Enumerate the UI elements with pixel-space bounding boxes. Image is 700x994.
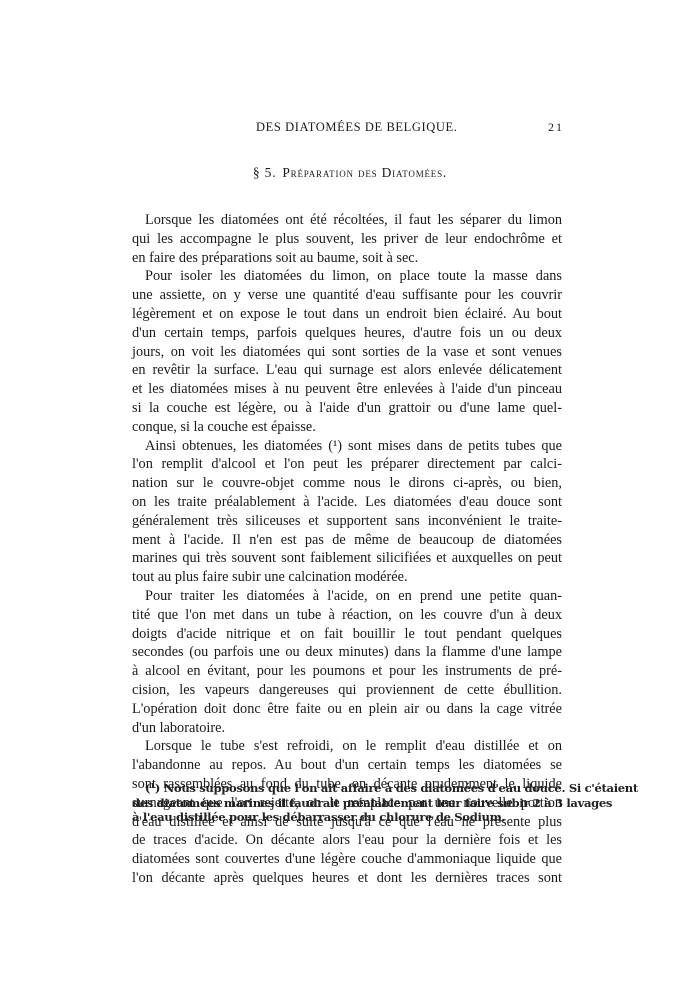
text-line: diatomées sont couvertes d'une légère co… [132,850,562,869]
section-title: Préparation des Diatomées. [282,165,447,180]
text-line: conque, si la couche est épaisse. [132,418,562,437]
text-line: secondes (ou parfois une ou deux minutes… [132,643,562,662]
footnote-line: des diatomées marines il faudrait préala… [132,796,562,811]
text-line: Ainsi obtenues, les diatomées (¹) sont m… [132,437,562,456]
text-line: Lorsque le tube s'est refroidi, on le re… [132,737,562,756]
text-line: qui les accompagne le plus souvent, les … [132,230,562,249]
footnotes: (¹) Nous supposons que l'on ait affaire … [132,781,562,825]
text-line: doigts d'acide nitrique et on fait bouil… [132,625,562,644]
text-line: en revêtir la surface. L'eau qui surnage… [132,361,562,380]
footnote-line: (¹) Nous supposons que l'on ait affaire … [132,781,562,796]
text-line: marines qui très souvent sont faiblement… [132,549,562,568]
page-number: 21 [548,120,564,135]
text-line: d'un laboratoire. [132,719,562,738]
text-line: L'opération doit donc être faite ou en p… [132,700,562,719]
text-line: d'un certain temps, parfois quelques heu… [132,324,562,343]
text-line: nation sur le couvre-objet comme nous le… [132,474,562,493]
footnote-line: à l'eau distillée pour les débarrasser d… [132,810,562,825]
text-line: légèrement et on expose le tout dans un … [132,305,562,324]
text-line: généralement très siliceuses et supporte… [132,512,562,531]
text-line: tout au plus faire subir une calcination… [132,568,562,587]
text-line: à alcool en évitant, pour les poumons et… [132,662,562,681]
running-head: DES DIATOMÉES DE BELGIQUE. [256,120,457,135]
text-line: ment à l'acide. Il n'en est pas de même … [132,531,562,550]
text-line: Lorsque les diatomées ont été récoltées,… [132,211,562,230]
text-line: si la couche est légère, ou à l'aide d'u… [132,399,562,418]
text-line: de traces d'acide. On décante alors l'ea… [132,831,562,850]
text-line: et les diatomées mises à nu peuvent être… [132,380,562,399]
text-line: l'on décante après quelques heures et do… [132,869,562,888]
text-line: tité que l'on met dans un tube à réactio… [132,606,562,625]
section-number: § 5. [253,165,276,180]
text-line: on les traite préalablement à l'acide. L… [132,493,562,512]
text-line: en faire des préparations soit au baume,… [132,249,562,268]
text-line: l'abandonne au repos. Au bout d'un certa… [132,756,562,775]
text-line: Pour isoler les diatomées du limon, on p… [132,267,562,286]
text-line: Pour traiter les diatomées à l'acide, on… [132,587,562,606]
text-line: cision, les vapeurs dangereuses qui prov… [132,681,562,700]
text-line: jours, on voit les diatomées qui sont so… [132,343,562,362]
text-line: l'on remplit d'alcool et l'on peut les p… [132,455,562,474]
text-line: une assiette, on y verse une quantité d'… [132,286,562,305]
section-heading: § 5.Préparation des Diatomées. [0,165,700,181]
